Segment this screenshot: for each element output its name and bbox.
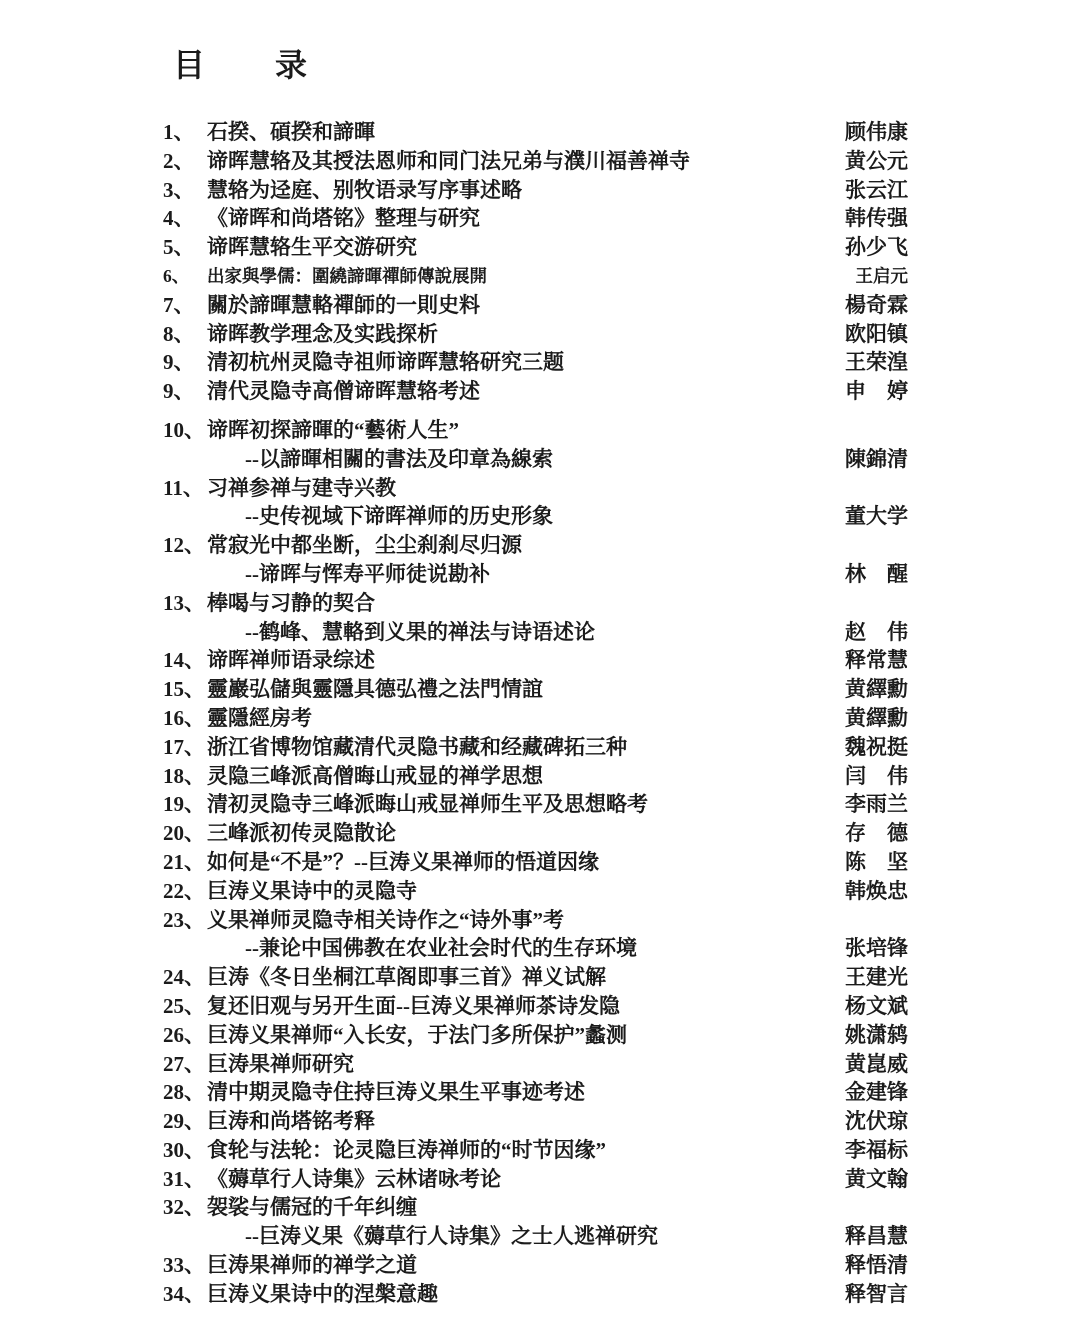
entry-title: 食轮与法轮：论灵隐巨涛禅师的“时节因缘” <box>207 1136 606 1165</box>
entry-number: 22、 <box>163 877 207 906</box>
entry-author: 闫 伟 <box>833 762 908 791</box>
entry-number: 29、 <box>163 1107 207 1136</box>
entry-title: 巨涛义果诗中的灵隐寺 <box>207 877 417 906</box>
entry-number: 26、 <box>163 1021 207 1050</box>
toc-entry: 31、 《薅草行人诗集》云林诸咏考论 黄文翰 <box>163 1165 908 1194</box>
entry-title: 清代灵隐寺高僧谛晖慧辂考述 <box>207 377 480 406</box>
entry-title: 浙江省博物馆藏清代灵隐书藏和经藏碑拓三种 <box>207 733 627 762</box>
entry-title: --史传视域下谛晖禅师的历史形象 <box>207 502 553 531</box>
toc-entry: 19、 清初灵隐寺三峰派晦山戒显禅师生平及思想略考 李雨兰 <box>163 790 908 819</box>
entry-number: 5、 <box>163 233 207 262</box>
entry-title: 义果禅师灵隐寺相关诗作之“诗外事”考 <box>207 906 564 935</box>
toc-entry: --鹤峰、慧輅到义果的禅法与诗语述论 赵 伟 <box>163 618 908 647</box>
entry-author: 王荣湟 <box>833 348 908 377</box>
entry-author: 欧阳镇 <box>833 320 908 349</box>
entry-author: 黄繹勳 <box>833 704 908 733</box>
entry-title: 靈巖弘儲與靈隱具德弘禮之法門情誼 <box>207 675 543 704</box>
toc-entry: 14、 谛晖禅师语录综述 释常慧 <box>163 646 908 675</box>
entry-author: 李雨兰 <box>833 790 908 819</box>
entry-title: 谛晖慧辂及其授法恩师和同门法兄弟与濮川福善禅寺 <box>207 147 690 176</box>
entry-author: 赵 伟 <box>833 618 908 647</box>
entry-title: 袈裟与儒冠的千年纠缠 <box>207 1193 417 1222</box>
entry-number: 23、 <box>163 906 207 935</box>
toc-entry: 6、 出家與學儒：圍繞諦暉禪師傳說展開 王启元 <box>163 262 908 291</box>
entry-title: 清初灵隐寺三峰派晦山戒显禅师生平及思想略考 <box>207 790 648 819</box>
entry-author: 黄公元 <box>833 147 908 176</box>
toc-entry: 18、 灵隐三峰派高僧晦山戒显的禅学思想 闫 伟 <box>163 762 908 791</box>
entry-title: 巨涛果禅师研究 <box>207 1050 354 1079</box>
toc-entry: 34、 巨涛义果诗中的涅槃意趣 释智言 <box>163 1280 908 1309</box>
toc-entry: 12、 常寂光中都坐断，尘尘刹刹尽归源 <box>163 531 908 560</box>
entry-number: 2、 <box>163 147 207 176</box>
toc-entry: 22、 巨涛义果诗中的灵隐寺 韩焕忠 <box>163 877 908 906</box>
entry-author: 韩传强 <box>833 204 908 233</box>
toc-entry: 24、 巨涛《冬日坐桐江草阁即事三首》禅义试解 王建光 <box>163 963 908 992</box>
toc-entry: 2、 谛晖慧辂及其授法恩师和同门法兄弟与濮川福善禅寺 黄公元 <box>163 147 908 176</box>
entry-author: 董大学 <box>833 502 908 531</box>
entry-title: --鹤峰、慧輅到义果的禅法与诗语述论 <box>207 618 595 647</box>
toc-entry: 13、 棒喝与习静的契合 <box>163 589 908 618</box>
entry-number: 32、 <box>163 1193 207 1222</box>
entry-author: 孙少飞 <box>833 233 908 262</box>
entry-title: 靈隱經房考 <box>207 704 312 733</box>
entry-title: 慧辂为迳庭、别牧语录写序事述略 <box>207 176 522 205</box>
toc-entry: 1、 石揆、碩揆和諦暉 顾伟康 <box>163 118 908 147</box>
page-title: 目 录 <box>173 40 309 86</box>
entry-author: 陳錦清 <box>833 445 908 474</box>
entry-author: 李福标 <box>833 1136 908 1165</box>
entry-title: 巨涛义果诗中的涅槃意趣 <box>207 1280 438 1309</box>
toc-entry: 10、 谛晖初探諦暉的“藝術人生” <box>163 416 908 445</box>
entry-number: 34、 <box>163 1280 207 1309</box>
entry-number: 21、 <box>163 848 207 877</box>
entry-number: 13、 <box>163 589 207 618</box>
toc-entry: 17、 浙江省博物馆藏清代灵隐书藏和经藏碑拓三种 魏祝挺 <box>163 733 908 762</box>
entry-number: 9、 <box>163 377 207 406</box>
entry-number: 11、 <box>163 474 207 503</box>
entry-number: 12、 <box>163 531 207 560</box>
entry-title: 《薅草行人诗集》云林诸咏考论 <box>207 1165 501 1194</box>
toc-entry: 30、 食轮与法轮：论灵隐巨涛禅师的“时节因缘” 李福标 <box>163 1136 908 1165</box>
entry-title: 石揆、碩揆和諦暉 <box>207 118 375 147</box>
entry-number: 6、 <box>163 262 207 291</box>
entry-author: 释昌慧 <box>833 1222 908 1251</box>
toc-entry: 27、 巨涛果禅师研究 黄崑威 <box>163 1050 908 1079</box>
toc-entry: 33、 巨涛果禅师的禅学之道 释悟清 <box>163 1251 908 1280</box>
entry-title: --以諦暉相關的書法及印章為線索 <box>207 445 553 474</box>
entry-author: 王建光 <box>833 963 908 992</box>
entry-number: 4、 <box>163 204 207 233</box>
entry-title: 常寂光中都坐断，尘尘刹刹尽归源 <box>207 531 522 560</box>
entry-author: 张云江 <box>833 176 908 205</box>
document-page: 目 录 1、 石揆、碩揆和諦暉 顾伟康 2、 谛晖慧辂及其授法恩师和同门法兄弟与… <box>0 0 1080 1326</box>
entry-title: 清初杭州灵隐寺祖师谛晖慧辂研究三题 <box>207 348 564 377</box>
entry-title: 清中期灵隐寺住持巨涛义果生平事迹考述 <box>207 1078 585 1107</box>
entry-title: 复还旧观与另开生面--巨涛义果禅师茶诗发隐 <box>207 992 620 1021</box>
entry-number: 7、 <box>163 291 207 320</box>
toc-entry: 3、 慧辂为迳庭、别牧语录写序事述略 张云江 <box>163 176 908 205</box>
toc-entry: 9、 清初杭州灵隐寺祖师谛晖慧辂研究三题 王荣湟 <box>163 348 908 377</box>
entry-title: --巨涛义果《薅草行人诗集》之士人逃禅研究 <box>207 1222 658 1251</box>
toc-entry: 28、 清中期灵隐寺住持巨涛义果生平事迹考述 金建锋 <box>163 1078 908 1107</box>
entry-author: 黄崑威 <box>833 1050 908 1079</box>
toc-entry: 16、 靈隱經房考 黄繹勳 <box>163 704 908 733</box>
entry-author: 魏祝挺 <box>833 733 908 762</box>
entry-number: 17、 <box>163 733 207 762</box>
entry-author: 释智言 <box>833 1280 908 1309</box>
toc-entry: --谛晖与恽寿平师徒说勘补 林 醒 <box>163 560 908 589</box>
entry-number: 33、 <box>163 1251 207 1280</box>
entry-number: 10、 <box>163 416 207 445</box>
entry-number: 30、 <box>163 1136 207 1165</box>
toc-entry: 9、 清代灵隐寺高僧谛晖慧辂考述 申 婷 <box>163 377 908 406</box>
entry-number: 19、 <box>163 790 207 819</box>
entry-author: 沈伏琼 <box>833 1107 908 1136</box>
table-of-contents: 1、 石揆、碩揆和諦暉 顾伟康 2、 谛晖慧辂及其授法恩师和同门法兄弟与濮川福善… <box>163 118 908 1309</box>
entry-author: 张培锋 <box>833 934 908 963</box>
entry-author: 申 婷 <box>833 377 908 406</box>
toc-entry: 4、 《谛晖和尚塔铭》整理与研究 韩传强 <box>163 204 908 233</box>
entry-author: 黄繹勳 <box>833 675 908 704</box>
entry-author: 存 德 <box>833 819 908 848</box>
entry-title: 巨涛果禅师的禅学之道 <box>207 1251 417 1280</box>
entry-number: 14、 <box>163 646 207 675</box>
toc-entry: --兼论中国佛教在农业社会时代的生存环境 张培锋 <box>163 934 908 963</box>
entry-title: --兼论中国佛教在农业社会时代的生存环境 <box>207 934 637 963</box>
entry-number: 31、 <box>163 1165 207 1194</box>
entry-author: 释常慧 <box>833 646 908 675</box>
entry-number: 25、 <box>163 992 207 1021</box>
entry-number: 1、 <box>163 118 207 147</box>
entry-title: 巨涛和尚塔铭考释 <box>207 1107 375 1136</box>
entry-title: 巨涛《冬日坐桐江草阁即事三首》禅义试解 <box>207 963 606 992</box>
entry-title: 谛晖慧辂生平交游研究 <box>207 233 417 262</box>
entry-number: 28、 <box>163 1078 207 1107</box>
entry-title: 巨涛义果禅师“入长安，于法门多所保护”蠡测 <box>207 1021 627 1050</box>
entry-title: 习禅参禅与建寺兴教 <box>207 474 396 503</box>
entry-number: 16、 <box>163 704 207 733</box>
toc-entry: 26、 巨涛义果禅师“入长安，于法门多所保护”蠡测 姚潇鸫 <box>163 1021 908 1050</box>
entry-title: 谛晖初探諦暉的“藝術人生” <box>207 416 459 445</box>
entry-title: 《谛晖和尚塔铭》整理与研究 <box>207 204 480 233</box>
toc-entry: 25、 复还旧观与另开生面--巨涛义果禅师茶诗发隐 杨文斌 <box>163 992 908 1021</box>
entry-author: 林 醒 <box>833 560 908 589</box>
entry-number: 27、 <box>163 1050 207 1079</box>
entry-title: 出家與學儒：圍繞諦暉禪師傳說展開 <box>207 262 487 291</box>
toc-entry: 23、 义果禅师灵隐寺相关诗作之“诗外事”考 <box>163 906 908 935</box>
entry-title: 谛晖禅师语录综述 <box>207 646 375 675</box>
entry-title: 棒喝与习静的契合 <box>207 589 375 618</box>
entry-title: 灵隐三峰派高僧晦山戒显的禅学思想 <box>207 762 543 791</box>
entry-title: --谛晖与恽寿平师徒说勘补 <box>207 560 490 589</box>
entry-number: 20、 <box>163 819 207 848</box>
toc-entry: --巨涛义果《薅草行人诗集》之士人逃禅研究 释昌慧 <box>163 1222 908 1251</box>
entry-author: 释悟清 <box>833 1251 908 1280</box>
toc-entry: 5、 谛晖慧辂生平交游研究 孙少飞 <box>163 233 908 262</box>
entry-number: 3、 <box>163 176 207 205</box>
entry-number: 24、 <box>163 963 207 992</box>
toc-entry: 15、 靈巖弘儲與靈隱具德弘禮之法門情誼 黄繹勳 <box>163 675 908 704</box>
toc-entry: 21、 如何是“不是”？--巨涛义果禅师的悟道因缘 陈 坚 <box>163 848 908 877</box>
toc-entry: 7、 關於諦暉慧輅禪師的一則史料 楊奇霖 <box>163 291 908 320</box>
entry-author: 杨文斌 <box>833 992 908 1021</box>
entry-number: 9、 <box>163 348 207 377</box>
toc-entry: 11、 习禅参禅与建寺兴教 <box>163 474 908 503</box>
entry-author: 陈 坚 <box>833 848 908 877</box>
entry-number: 15、 <box>163 675 207 704</box>
entry-number: 18、 <box>163 762 207 791</box>
entry-author: 金建锋 <box>833 1078 908 1107</box>
toc-entry: --以諦暉相關的書法及印章為線索 陳錦清 <box>163 445 908 474</box>
entry-author: 姚潇鸫 <box>833 1021 908 1050</box>
entry-author: 黄文翰 <box>833 1165 908 1194</box>
toc-entry: 29、 巨涛和尚塔铭考释 沈伏琼 <box>163 1107 908 1136</box>
entry-title: 關於諦暉慧輅禪師的一則史料 <box>207 291 480 320</box>
entry-number: 8、 <box>163 320 207 349</box>
entry-author: 韩焕忠 <box>833 877 908 906</box>
entry-author: 顾伟康 <box>833 118 908 147</box>
toc-entry: 32、 袈裟与儒冠的千年纠缠 <box>163 1193 908 1222</box>
entry-title: 三峰派初传灵隐散论 <box>207 819 396 848</box>
toc-entry: 8、 谛晖教学理念及实践探析 欧阳镇 <box>163 320 908 349</box>
toc-entry: 20、 三峰派初传灵隐散论 存 德 <box>163 819 908 848</box>
entry-title: 谛晖教学理念及实践探析 <box>207 320 438 349</box>
entry-author: 楊奇霖 <box>833 291 908 320</box>
entry-title: 如何是“不是”？--巨涛义果禅师的悟道因缘 <box>207 848 599 877</box>
toc-entry: --史传视域下谛晖禅师的历史形象 董大学 <box>163 502 908 531</box>
entry-author: 王启元 <box>844 262 909 291</box>
